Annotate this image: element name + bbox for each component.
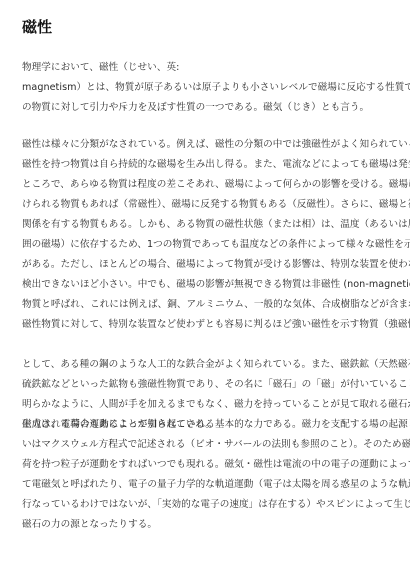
text-line: いはマクスウェル方程式で記述される（ビオ・サバールの法則も参照のこと）。そのため… [22, 435, 392, 455]
text-line: 磁力は、電荷の運動によって引き起こされる基本的な力である。磁力を支配する場の起源… [22, 415, 392, 435]
text-line: 物理学において、磁性（じせい、英: [22, 58, 392, 78]
text-line: 明らかなように、人間が手を加えるまでもなく、磁力を持っていることが見て取れる磁石… [22, 395, 392, 415]
page-title: 磁性 [22, 17, 52, 37]
text-line: として、ある種の鋼のような人工的な鉄合金がよく知られている。また、磁鉄鉱（天然磁… [22, 355, 392, 375]
paragraph-intro: 物理学において、磁性（じせい、英: magnetism）とは、物質が原子あるいは… [22, 58, 392, 118]
text-line: 荷を持つ粒子が運動をすればいつでも現れる。磁気・磁性は電流の中の電子の運動によっ… [22, 455, 392, 475]
paragraph-magnetic-force: 磁力は、電荷の運動によって引き起こされる基本的な力である。磁力を支配する場の起源… [22, 415, 392, 535]
text-line: 物質と呼ばれ、これには例えば、銅、アルミニウム、一般的な気体、合成樹脂などが含ま… [22, 295, 392, 315]
text-line: て電磁気と呼ばれたり、電子の量子力学的な軌道運動（電子は太陽を周る惑星のような軌… [22, 475, 392, 495]
text-line: 磁性は様々に分類がなされている。例えば、磁性の分類の中では強磁性がよく知られてい… [22, 135, 392, 155]
text-line: 硫鉄鉱などといった鉱物も強磁性物質であり、その名に「磁石」の「磁」が付いているこ… [22, 375, 392, 395]
text-line: けられる物質もあれば（常磁性）、磁場に反発する物質もある（反磁性）。さらに、磁場… [22, 195, 392, 215]
text-line: 検出できないほど小さい。中でも、磁場の影響が無視できる物質は非磁性 (non-m… [22, 275, 392, 295]
text-line: 囲の磁場）に依存するため、1つの物質であっても温度などの条件によって様々な磁性を… [22, 235, 392, 255]
text-line: 磁性を持つ物質は自ら持続的な磁場を生み出し得る。また、電流などによっても磁場は発… [22, 155, 392, 175]
text-line: の物質に対して引力や斥力を及ぼす性質の一つである。磁気（じき）とも言う。 [22, 98, 392, 118]
text-line: 磁性物質に対して、特別な装置など使わずとも容易に判るほど強い磁性を示す物質（強磁… [22, 315, 392, 335]
text-line: magnetism）とは、物質が原子あるいは原子よりも小さいレベルで磁場に反応す… [22, 78, 392, 98]
text-line: 関係を有する物質もある。しかも、ある物質の磁性状態（または相）は、温度（あるいは… [22, 215, 392, 235]
text-line: ところで、あらゆる物質は程度の差こそあれ、磁場によって何らかの影響を受ける。磁場… [22, 175, 392, 195]
paragraph-classification: 磁性は様々に分類がなされている。例えば、磁性の分類の中では強磁性がよく知られてい… [22, 135, 392, 335]
text-line: 行なっているわけではないが、「実効的な電子の速度」は存在する）やスピンによって生… [22, 495, 392, 515]
text-line: 磁石の力の源となったりする。 [22, 515, 392, 535]
text-line: がある。ただし、ほとんどの場合、磁場によって物質が受ける影響は、特別な装置を使わ… [22, 255, 392, 275]
